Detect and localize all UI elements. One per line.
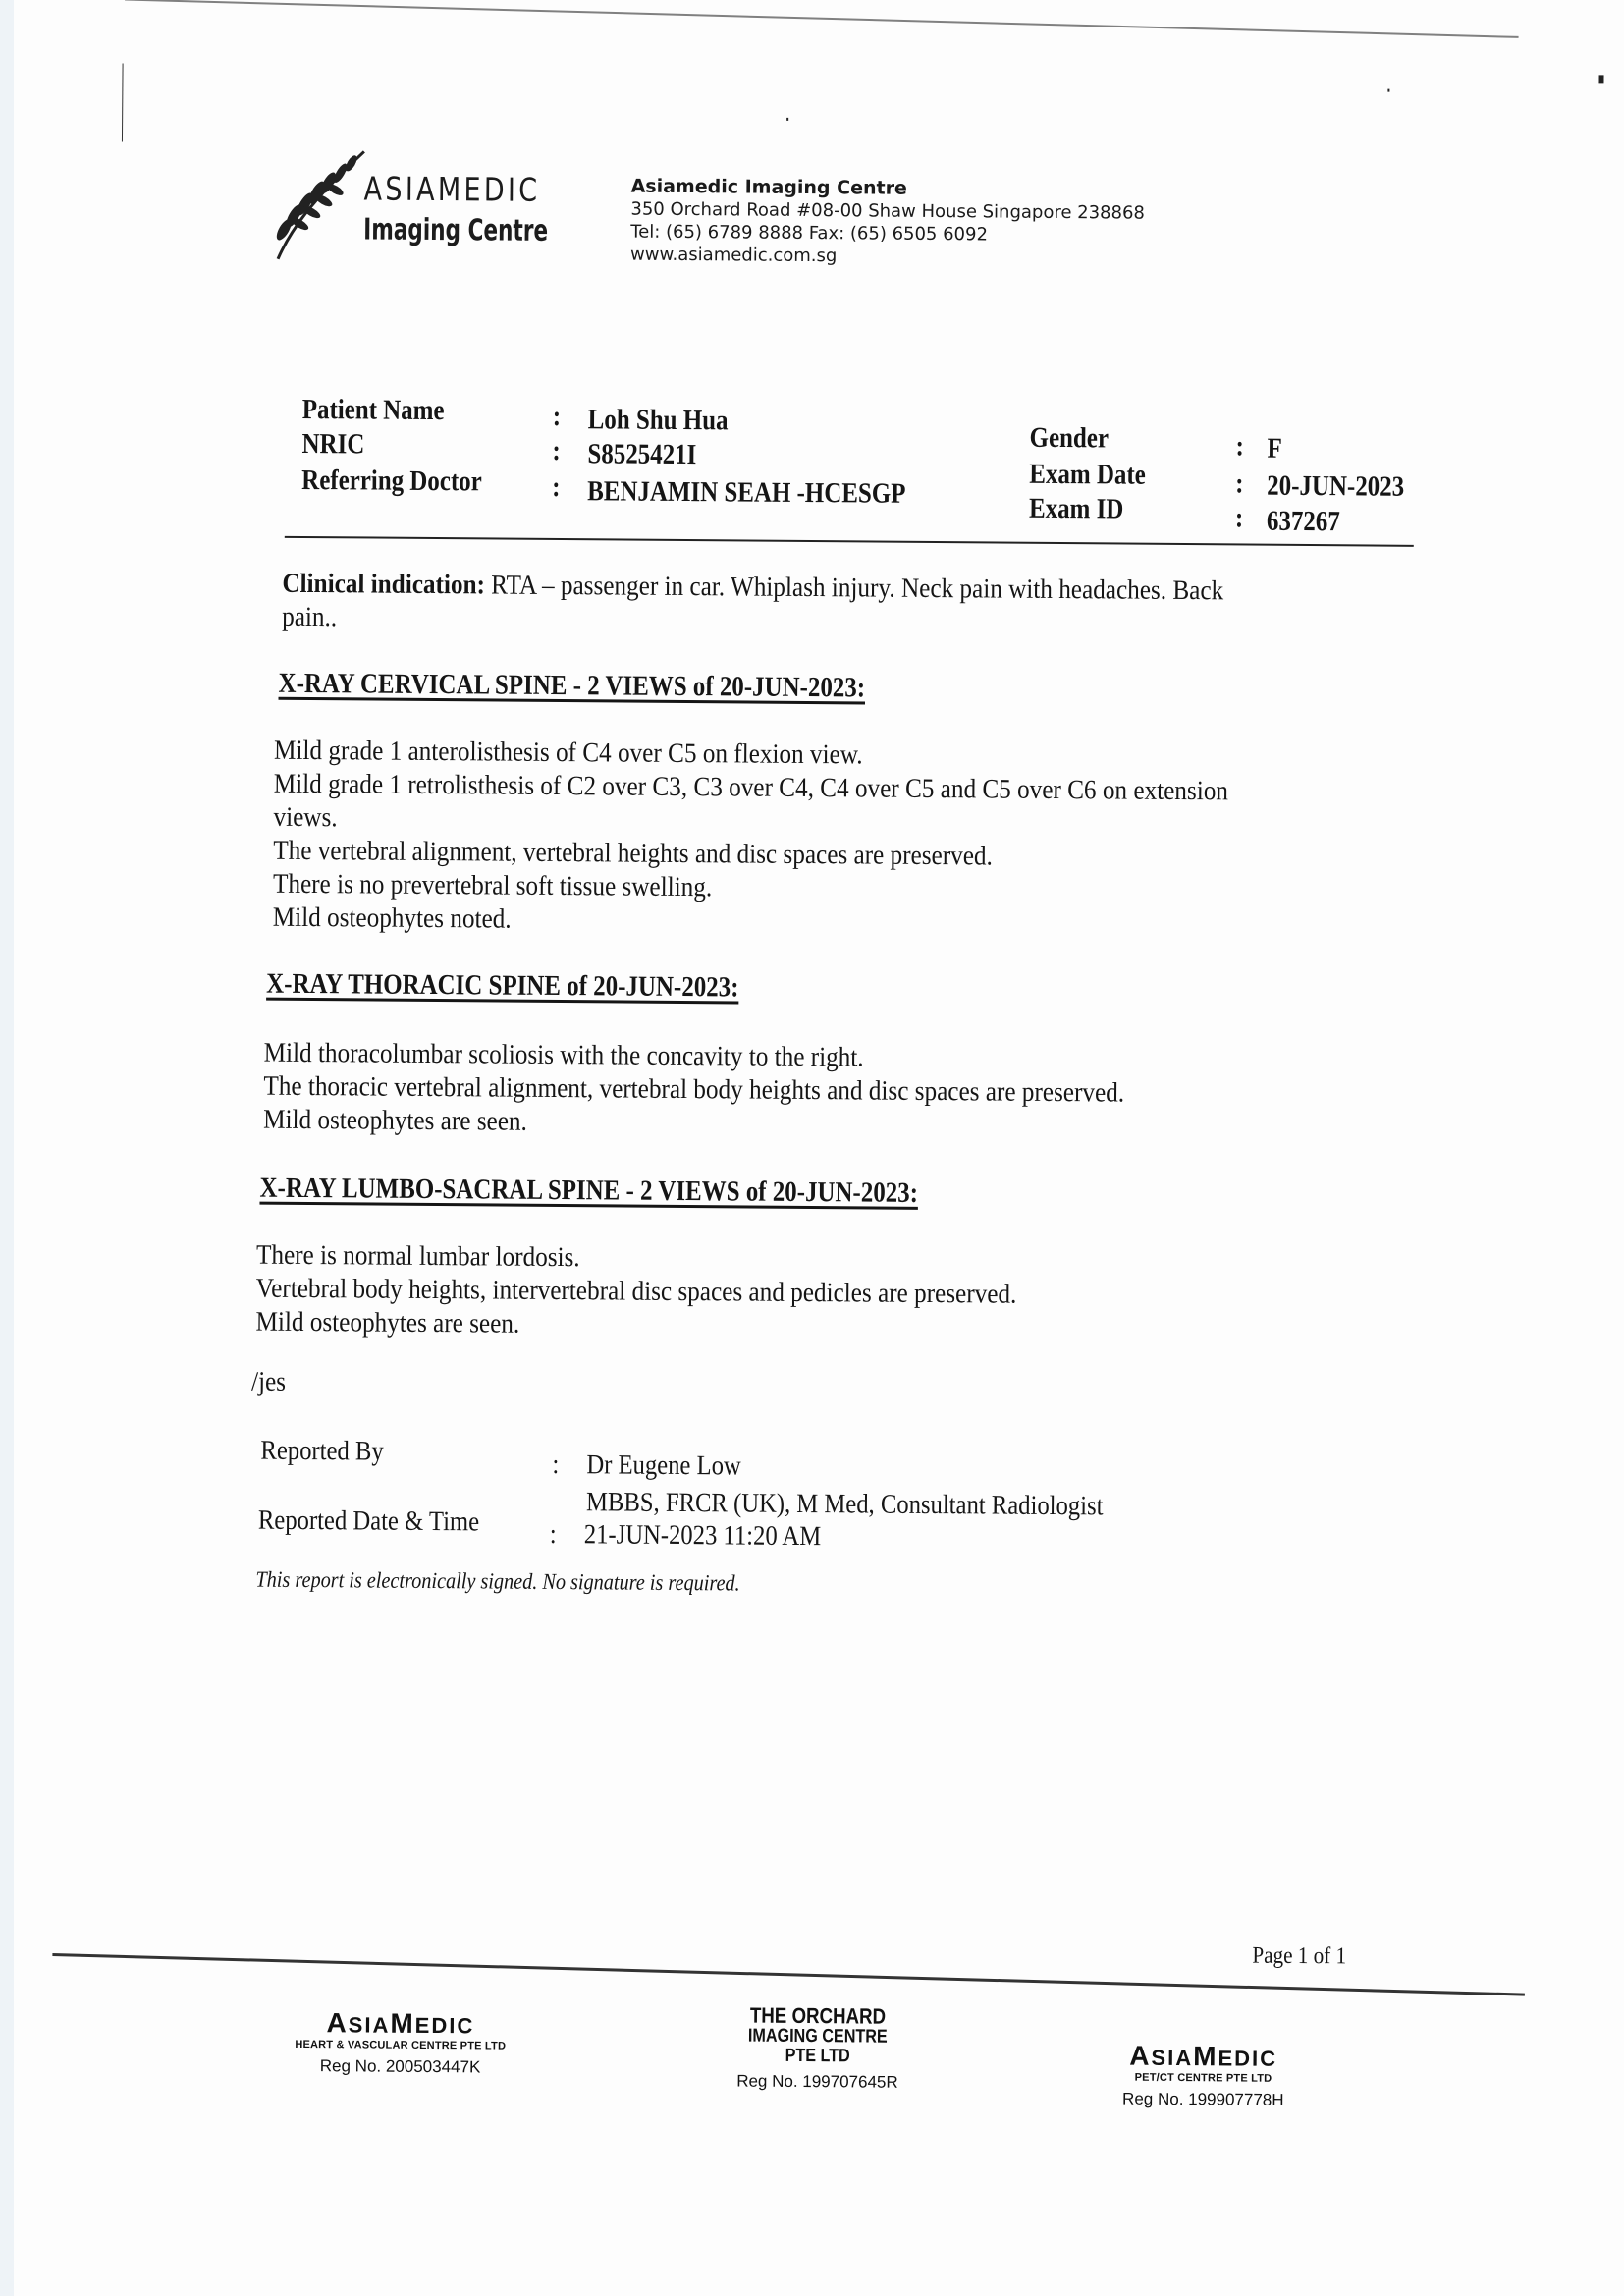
footer-orchard-imaging: THE ORCHARD IMAGING CENTRE PTE LTD Reg N…: [699, 2004, 936, 2093]
logo-wordmark: ASIAMEDIC: [363, 169, 540, 208]
clinical-indication-text: RTA – passenger in car. Whiplash injury.…: [485, 570, 1223, 606]
electronic-signature-note: This report is electronically signed. No…: [255, 1567, 739, 1597]
exam-date-label: Exam Date: [1029, 459, 1146, 492]
referring-doctor-label: Referring Doctor: [301, 465, 482, 498]
reported-date-value: 21-JUN-2023 11:20 AM: [584, 1519, 822, 1553]
nric-label: NRIC: [301, 428, 364, 461]
asiamedic-logo: ASIAMEDIC Imaging Centre: [270, 143, 566, 263]
scan-speck: [786, 118, 788, 121]
reported-by-label: Reported By: [260, 1436, 383, 1468]
referring-doctor-value: BENJAMIN SEAH -HCESGP: [587, 475, 906, 511]
nric-value: S8525421I: [587, 438, 696, 471]
separator: :: [1235, 430, 1244, 463]
finding-line: Mild osteophytes noted.: [273, 902, 1227, 943]
footer-reg-no: Reg No. 199707645R: [699, 2071, 935, 2093]
separator: :: [1235, 502, 1244, 534]
exam-id-label: Exam ID: [1029, 493, 1124, 526]
exam-id-value: 637267: [1267, 506, 1340, 539]
patient-name-value: Loh Shu Hua: [588, 404, 729, 437]
footer-heart-vascular: ASIAMEDIC HEART & VASCULAR CENTRE PTE LT…: [287, 2007, 514, 2078]
thoracic-spine-heading: X-RAY THORACIC SPINE of 20-JUN-2023:: [266, 968, 739, 1005]
left-rule: [122, 64, 124, 142]
cervical-spine-heading: X-RAY CERVICAL SPINE - 2 VIEWS of 20-JUN…: [278, 668, 865, 705]
footer-reg-no: Reg No. 200503447K: [287, 2056, 513, 2078]
footer-orchard-line1: THE ORCHARD: [718, 2004, 918, 2028]
radiologist-credentials: MBBS, FRCR (UK), M Med, Consultant Radio…: [586, 1487, 1104, 1522]
separator: :: [553, 401, 562, 433]
patient-divider: [285, 536, 1414, 547]
page-number: Page 1 of 1: [1252, 1943, 1346, 1971]
scan-speck: [1387, 89, 1389, 92]
patient-name-label: Patient Name: [302, 394, 445, 427]
thoracic-spine-findings: Mild thoracolumbar scoliosis with the co…: [263, 1037, 1125, 1144]
lumbosacral-spine-heading: X-RAY LUMBO-SACRAL SPINE - 2 VIEWS of 20…: [259, 1173, 918, 1210]
fern-leaf-icon: [270, 143, 369, 262]
gender-value: F: [1267, 433, 1281, 465]
footer-brand: ASIAMEDIC: [1091, 2040, 1317, 2073]
typist-initials: /jes: [251, 1366, 286, 1399]
footer-entity: HEART & VASCULAR CENTRE PTE LTD: [288, 2039, 514, 2052]
separator: :: [552, 471, 561, 504]
logo-subtitle: Imaging Centre: [363, 212, 548, 247]
cervical-spine-findings: Mild grade 1 anterolisthesis of C4 over …: [273, 735, 1229, 943]
footer-petct: ASIAMEDIC PET/CT CENTRE PTE LTD Reg No. …: [1090, 2040, 1317, 2110]
separator: :: [1235, 467, 1244, 500]
clinic-website[interactable]: www.asiamedic.com.sg: [630, 244, 1145, 270]
lumbosacral-spine-findings: There is normal lumbar lordosis. Vertebr…: [255, 1239, 1016, 1345]
separator: :: [552, 435, 561, 467]
finding-line: Mild osteophytes are seen.: [255, 1306, 1016, 1345]
clinic-address-block: Asiamedic Imaging Centre 350 Orchard Roa…: [630, 176, 1145, 270]
footer-orchard-line2: IMAGING CENTRE: [718, 2026, 918, 2048]
scan-speck: [1598, 75, 1603, 83]
report-page: ASIAMEDIC Imaging Centre Asiamedic Imagi…: [0, 0, 1624, 2296]
reported-date-label: Reported Date & Time: [258, 1505, 479, 1539]
separator: :: [550, 1519, 557, 1551]
footer-brand: ASIAMEDIC: [288, 2007, 514, 2041]
top-rule: [125, 0, 1519, 38]
footer-entity: PET/CT CENTRE PTE LTD: [1090, 2071, 1316, 2085]
exam-date-value: 20-JUN-2023: [1267, 470, 1404, 504]
clinical-indication: Clinical indication: RTA – passenger in …: [282, 568, 1223, 642]
gender-label: Gender: [1029, 422, 1109, 456]
reported-by-value: Dr Eugene Low: [586, 1449, 741, 1482]
separator: :: [552, 1449, 559, 1481]
footer-orchard-line3: PTE LTD: [718, 2046, 918, 2067]
clinical-indication-label: Clinical indication:: [282, 569, 485, 601]
finding-line: Mild osteophytes are seen.: [263, 1104, 1124, 1144]
footer-reg-no: Reg No. 199907778H: [1090, 2089, 1316, 2110]
